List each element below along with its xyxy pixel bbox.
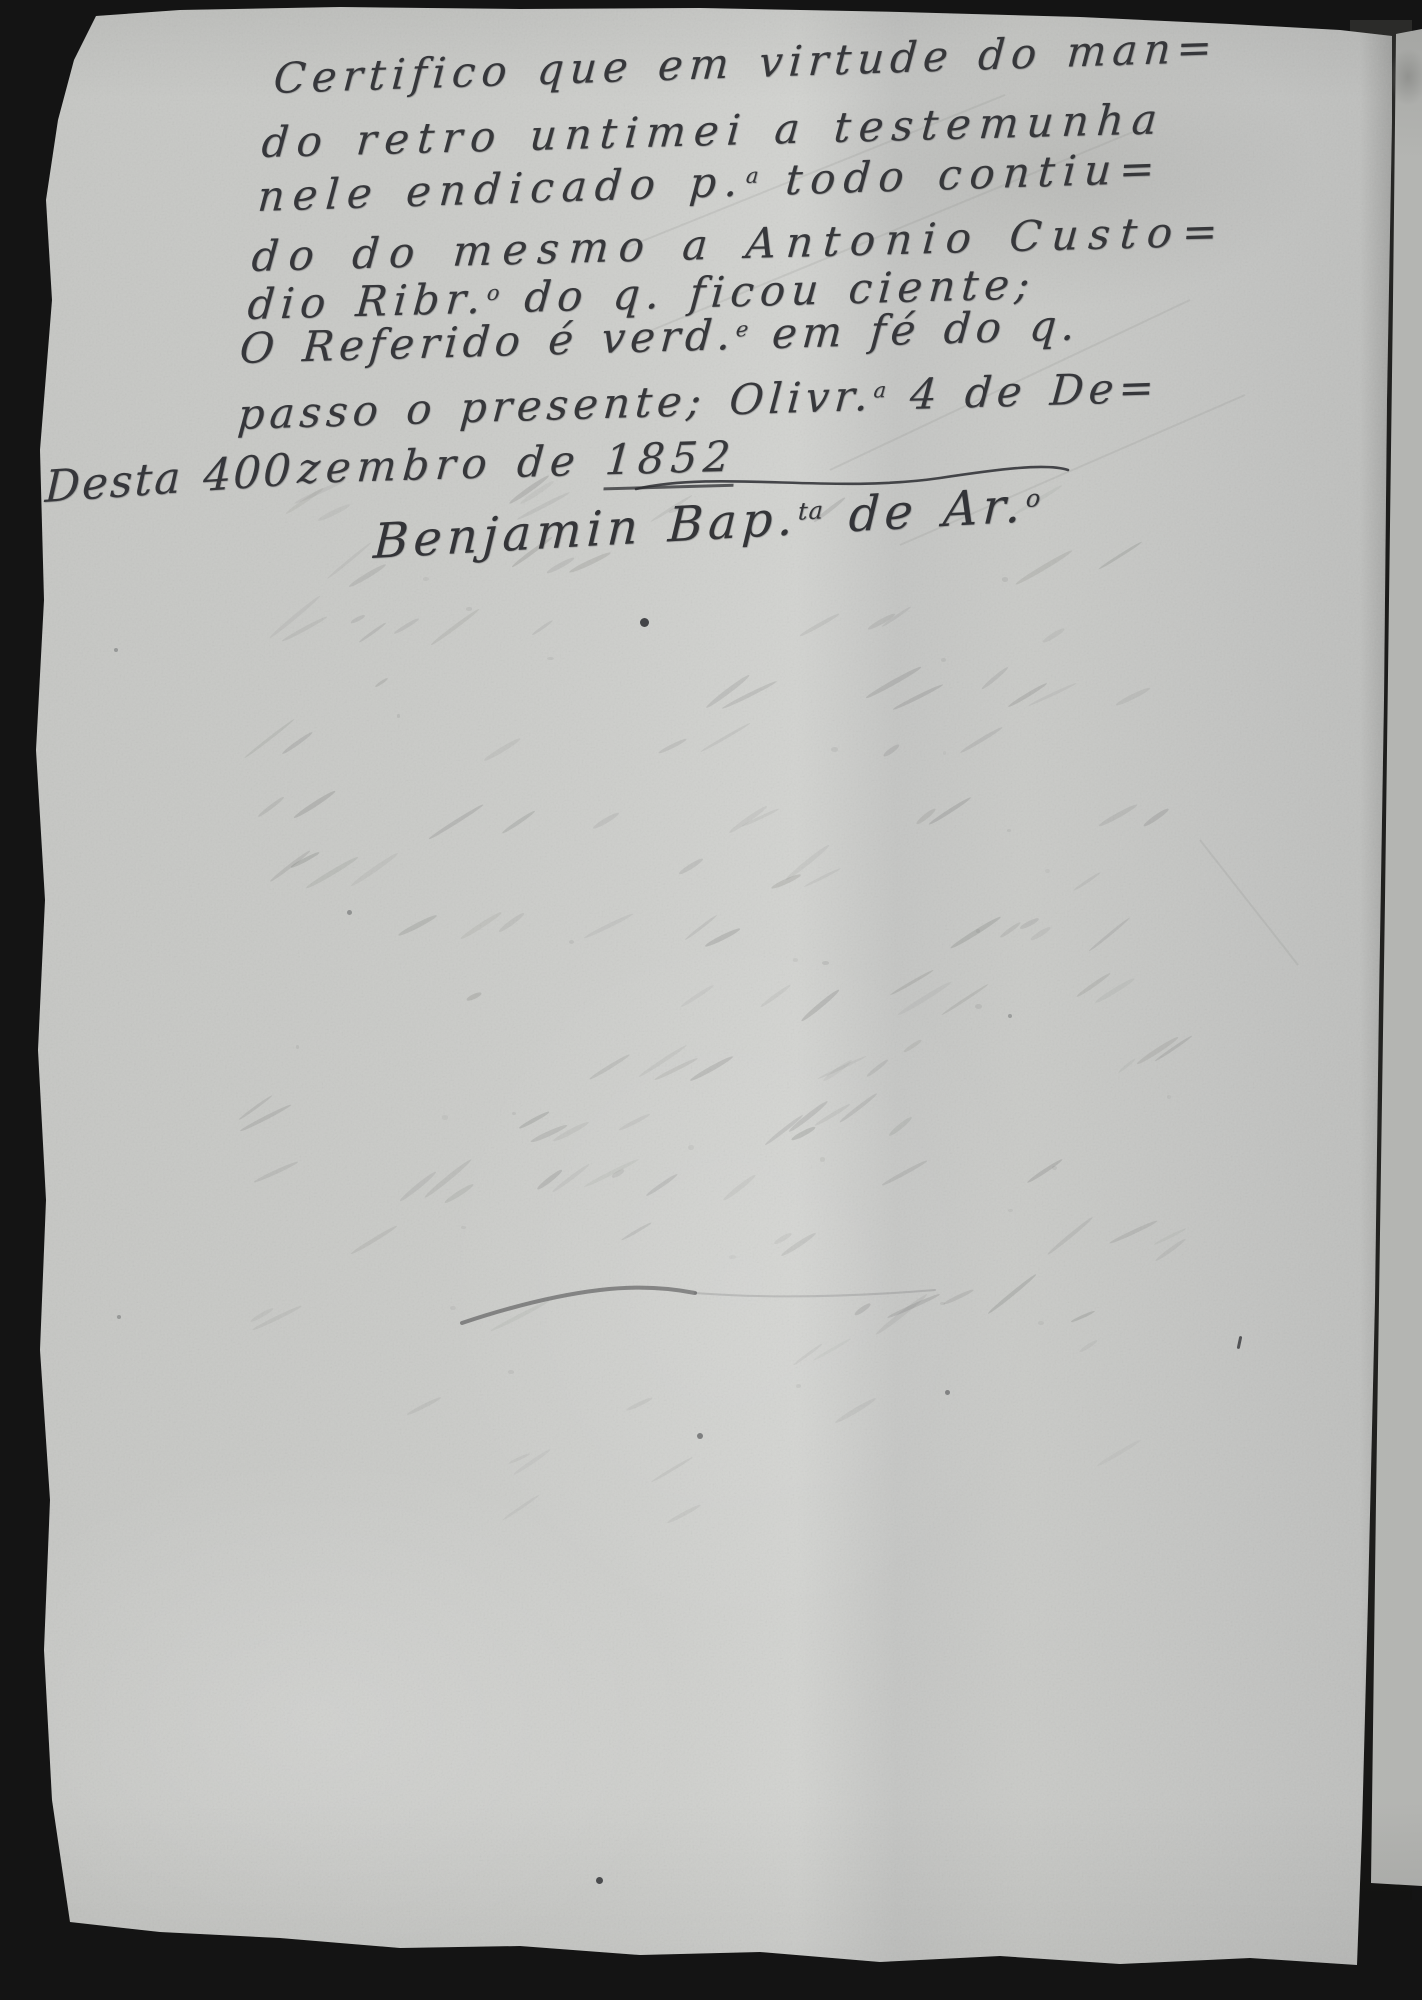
bleed-stroke xyxy=(796,1384,800,1388)
manuscript-page: Certifico que em virtude do man=do retro… xyxy=(0,0,1422,2000)
handwriting-text: ta xyxy=(797,496,824,526)
ink-speck xyxy=(114,648,118,652)
ink-speck xyxy=(697,1433,703,1439)
ink-speck xyxy=(117,1315,121,1319)
bleed-stroke xyxy=(397,714,401,718)
bleed-stroke xyxy=(831,747,838,752)
bleed-stroke xyxy=(1167,1095,1171,1099)
ink-speck xyxy=(640,618,649,627)
bleed-stroke xyxy=(508,1370,515,1374)
handwriting-text: o xyxy=(1025,484,1042,513)
ink-speck xyxy=(347,910,352,915)
handwriting-text: de Ar. xyxy=(822,477,1027,545)
bleed-stroke xyxy=(1038,1321,1044,1326)
bleed-stroke xyxy=(975,1004,982,1009)
bleed-stroke xyxy=(940,1302,945,1306)
ink-speck xyxy=(596,1877,603,1884)
handwriting-text: zembro de xyxy=(296,435,607,493)
bleed-stroke xyxy=(466,607,472,611)
handwriting-text: em fé do q. xyxy=(747,300,1082,358)
ink-speck xyxy=(1008,1014,1012,1018)
bleed-stroke xyxy=(688,1145,694,1150)
bleed-stroke xyxy=(793,958,798,963)
bleed-stroke xyxy=(423,577,430,581)
bleed-stroke xyxy=(822,961,829,965)
bleed-stroke xyxy=(569,940,574,944)
handwriting-text: 1852 xyxy=(603,432,738,491)
bleed-stroke xyxy=(820,1157,826,1162)
bleed-stroke xyxy=(1052,1166,1058,1170)
adjacent-page-smudge xyxy=(1388,48,1422,106)
handwriting-text: 4 de De= xyxy=(885,363,1161,420)
ink-speck xyxy=(945,1390,950,1395)
scanned-document: Certifico que em virtude do man=do retro… xyxy=(0,0,1422,2000)
